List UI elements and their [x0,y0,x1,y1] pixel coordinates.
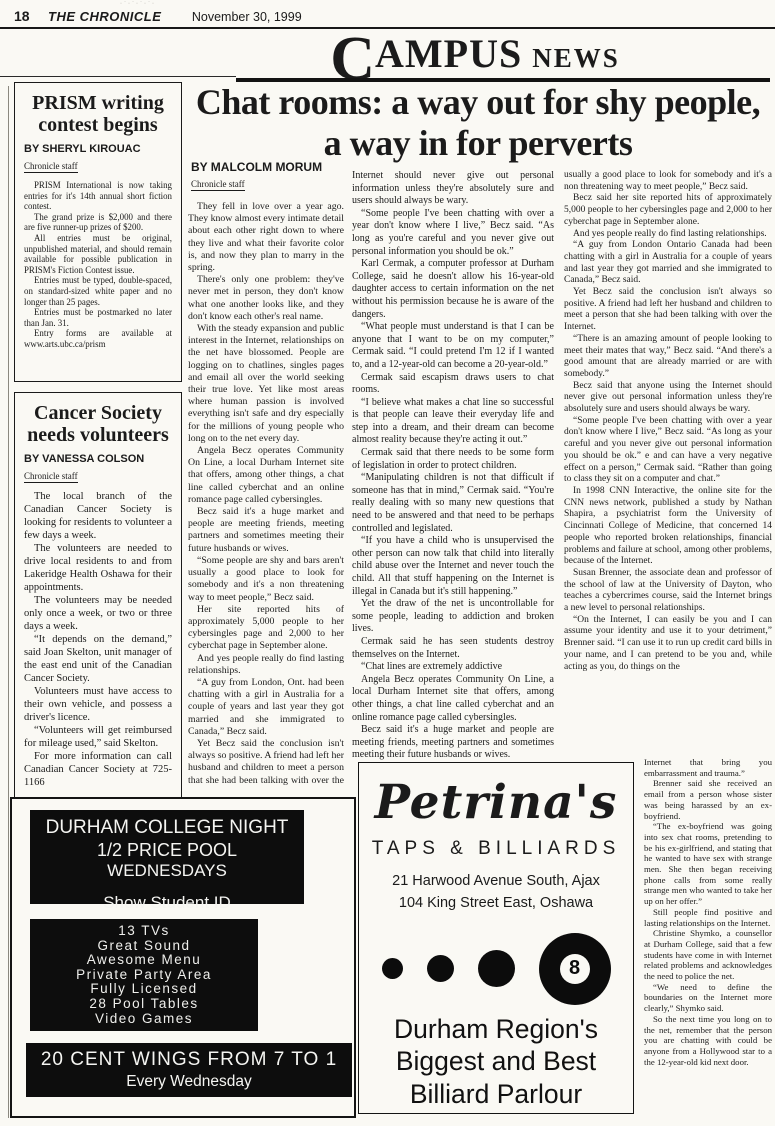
petrinas-address-ajax: 21 Harwood Avenue South, Ajax [359,870,633,892]
article-paragraph: usually a good place to look for somebod… [564,170,772,193]
article-paragraph: Christine Shymko, a counsellor at Durham… [644,928,772,982]
cancer-paragraph: Volunteers must have access to their own… [24,685,172,724]
eight-ball-number: 8 [560,954,590,984]
article-column-4: Internet that bring you embarrassment an… [644,757,772,1121]
cancer-paragraph: The volunteers are needed to drive local… [24,542,172,594]
article-paragraph: “The ex-boyfriend was going into sex cha… [644,821,772,907]
article-paragraph: “If you have a child who is unsupervised… [352,535,554,598]
prism-paragraph: Entries must be typed, double-spaced, on… [24,275,172,307]
article-paragraph: Her site reported hits of approximately … [188,604,344,653]
main-byline-block: BY MALCOLM MORUM Chronicle staff [191,160,341,198]
durham-feature: Private Party Area [30,968,258,983]
scan-smudge: ·˙·˙·˙·˙· [120,1,270,7]
article-paragraph: They fell in love over a year ago. They … [188,201,344,274]
masthead-rule-left [0,76,236,77]
prism-title: PRISM writing contest begins [24,92,172,137]
article-paragraph: Cermak said escapism draws users to chat… [352,372,554,397]
masthead-news: NEWS [532,43,620,73]
article-paragraph: “Some people are shy and bars aren't usu… [188,555,344,604]
article-paragraph: Becz said it's a huge market and people … [188,506,344,555]
article-column-2: Internet should never give out personal … [352,170,554,792]
section-masthead: CAMPUSNEWS [240,30,710,83]
cancer-paragraph: For more information can call Canadian C… [24,750,172,789]
durham-ad-offer: 1/2 PRICE POOL [30,840,304,862]
durham-feature: 13 TVs [30,924,258,939]
wings-day: Every Wednesday [26,1073,352,1091]
article-paragraph: There's only one problem: they've never … [188,274,344,323]
prism-byline-org: Chronicle staff [24,161,78,173]
article-paragraph: “Chat lines are extremely addictive [352,661,554,674]
prism-paragraph: Entry forms are available at www.arts.ub… [24,328,172,349]
durham-ad-header-box: DURHAM COLLEGE NIGHT 1/2 PRICE POOL WEDN… [30,810,304,904]
billiard-balls-row: 8 [359,931,633,1007]
petrinas-subtitle: TAPS & BILLIARDS [359,838,633,860]
article-paragraph: “A guy from London Ontario Canada had be… [564,240,772,287]
article-paragraph: “Some people I've been chatting with ove… [352,208,554,258]
article-paragraph: So the next time you long on to the net,… [644,1014,772,1068]
article-paragraph: Cermak said that there needs to be some … [352,447,554,472]
article-paragraph: Karl Cermak, a computer professor at Dur… [352,258,554,321]
durham-feature: Great Sound [30,939,258,954]
publication-name: THE CHRONICLE [48,9,161,24]
main-byline-org: Chronicle staff [191,179,245,191]
article-paragraph: Internet should never give out personal … [352,170,554,208]
wings-offer: 20 CENT WINGS FROM 7 TO 1 [26,1048,352,1073]
tagline-line-3: Billiard Parlour [359,1078,633,1110]
article-paragraph: Becz said her site reported hits of appr… [564,193,772,228]
scan-edge-line [8,86,9,1118]
article-paragraph: “Some people I've been chatting with ove… [564,416,772,486]
main-byline-name: BY MALCOLM MORUM [191,160,341,174]
petrinas-ad: Petrina's TAPS & BILLIARDS 21 Harwood Av… [358,762,634,1114]
page-header: 18 THE CHRONICLE November 30, 1999 [14,8,754,26]
article-paragraph: And yes people really do find lasting re… [564,229,772,241]
durham-ad-title: DURHAM COLLEGE NIGHT [30,816,304,840]
petrinas-address-oshawa: 104 King Street East, Oshawa [359,892,633,914]
cancer-paragraph: The local branch of the Canadian Cancer … [24,490,172,542]
prism-byline: BY SHERYL KIROUAC [24,143,172,156]
header-rule [0,27,775,29]
petrinas-tagline: Durham Region's Biggest and Best Billiar… [359,1013,633,1110]
article-paragraph: “We need to define the boundaries on the… [644,982,772,1014]
durham-feature: Video Games [30,1012,258,1027]
issue-date: November 30, 1999 [192,10,302,24]
cancer-byline-org: Chronicle staff [24,471,78,483]
article-paragraph: “A guy from London, Ont. had been chatti… [188,677,344,738]
cancer-title: Cancer Society needs volunteers [24,402,172,447]
article-column-1: They fell in love over a year ago. They … [188,201,344,787]
article-paragraph: Becz said that anyone using the Internet… [564,381,772,416]
article-paragraph: Angela Becz operates Community On Line, … [352,674,554,724]
cancer-paragraph: The volunteers may be needed only once a… [24,594,172,633]
cancer-paragraph: “It depends on the demand,” said Joan Sk… [24,633,172,685]
article-paragraph: Internet that bring you embarrassment an… [644,757,772,778]
article-column-3: usually a good place to look for somebod… [564,170,772,758]
article-paragraph: “There is an amazing amount of people lo… [564,334,772,381]
cancer-paragraph: “Volunteers will get reimbursed for mile… [24,724,172,750]
billiard-ball-icon [382,958,403,979]
prism-body: PRISM International is now taking entrie… [24,180,172,350]
page-number: 18 [14,8,30,24]
article-paragraph: “I believe what makes a chat line so suc… [352,397,554,447]
article-paragraph: Yet Becz said the conclusion isn't alway… [188,738,344,787]
article-paragraph: Yet Becz said the conclusion isn't alway… [564,287,772,334]
durham-feature: Awesome Menu [30,953,258,968]
durham-feature: 28 Pool Tables [30,997,258,1012]
durham-ad-day: WEDNESDAYS [30,861,304,881]
cancer-article-box: Cancer Society needs volunteers BY VANES… [14,392,182,812]
article-paragraph: And yes people really do find lasting re… [188,653,344,677]
article-paragraph: Susan Brenner, the associate dean and pr… [564,568,772,615]
tagline-line-2: Biggest and Best [359,1045,633,1077]
petrinas-addresses: 21 Harwood Avenue South, Ajax 104 King S… [359,870,633,915]
cancer-body: The local branch of the Canadian Cancer … [24,490,172,789]
article-paragraph: “Manipulating children is not that diffi… [352,472,554,535]
article-paragraph: Becz said it's a huge market and people … [352,724,554,762]
durham-ad-features-box: 13 TVsGreat SoundAwesome MenuPrivate Par… [30,919,258,1031]
article-paragraph: Cermak said he has seen students destroy… [352,636,554,661]
article-paragraph: With the steady expansion and public int… [188,323,344,445]
durham-ad-wings-box: 20 CENT WINGS FROM 7 TO 1 Every Wednesda… [26,1043,352,1097]
article-paragraph: Still people find positive and lasting r… [644,907,772,928]
tagline-line-1: Durham Region's [359,1013,633,1045]
durham-college-ad: DURHAM COLLEGE NIGHT 1/2 PRICE POOL WEDN… [10,797,356,1118]
prism-paragraph: The grand prize is $2,000 and there are … [24,212,172,233]
prism-paragraph: All entries must be original, unpublishe… [24,233,172,275]
durham-feature: Fully Licensed [30,982,258,997]
eight-ball-icon: 8 [539,933,611,1005]
masthead-rest: AMPUS [375,31,522,76]
prism-paragraph: PRISM International is now taking entrie… [24,180,172,212]
prism-paragraph: Entries must be postmarked no later than… [24,307,172,328]
article-paragraph: “On the Internet, I can easily be you an… [564,615,772,674]
billiard-ball-icon [478,950,515,987]
petrinas-name: Petrina's [359,779,633,826]
article-paragraph: Angela Becz operates Community On Line, … [188,445,344,506]
article-paragraph: In 1998 CNN Interactive, the online site… [564,486,772,568]
durham-ad-note: Show Student ID [30,893,304,913]
prism-article-box: PRISM writing contest begins BY SHERYL K… [14,82,182,382]
newspaper-page: ·˙·˙·˙·˙· 18 THE CHRONICLE November 30, … [0,0,775,1126]
article-paragraph: Brenner said she received an email from … [644,778,772,821]
billiard-ball-icon [427,955,454,982]
article-paragraph: Yet the draw of the net is uncontrollabl… [352,598,554,636]
main-headline: Chat rooms: a way out for shy people, a … [195,82,761,164]
cancer-byline: BY VANESSA COLSON [24,453,172,466]
article-paragraph: “What people must understand is that I c… [352,321,554,371]
